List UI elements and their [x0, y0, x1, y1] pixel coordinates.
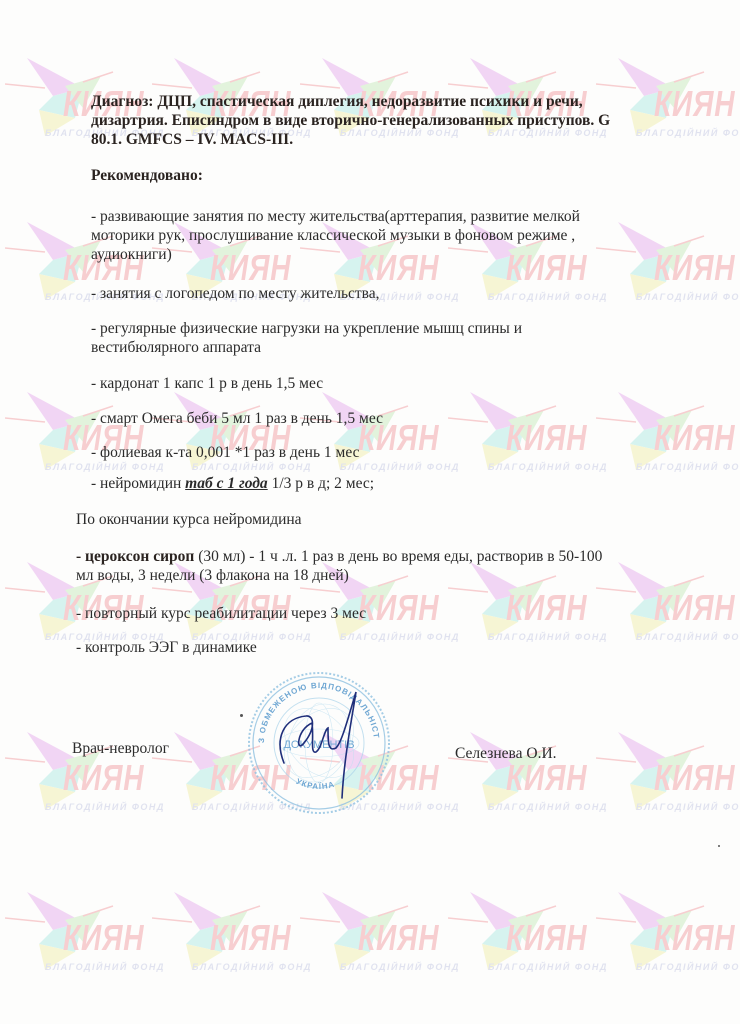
- diagnosis-line-2: дизартрия. Еписиндром в виде вторично-ге…: [91, 111, 610, 130]
- recommendation-item-cont: вестибюлярного аппарата: [91, 338, 261, 357]
- neuromidin-emphasis: таб с 1 года: [185, 475, 268, 492]
- neuromidin-suffix: 1/3 р в д; 2 мес;: [268, 475, 374, 492]
- document-page: Диагноз: ДЦП, спастическая диплегия, нед…: [0, 0, 740, 1024]
- recommendation-item-ceroxon: - цероксон сироп (30 мл) - 1 ч .л. 1 раз…: [76, 547, 602, 566]
- recommendation-item: - развивающие занятия по месту жительств…: [91, 207, 580, 226]
- ceroxon-dosage-cont: мл воды, 3 недели (3 флакона на 18 дней): [76, 566, 349, 585]
- after-course-note: По окончании курса нейромидина: [76, 510, 302, 529]
- ceroxon-name: - цероксон сироп: [76, 548, 194, 565]
- recommendation-item: - кардонат 1 капс 1 р в день 1,5 мес: [91, 374, 323, 393]
- recommendation-item: - смарт Омега беби 5 мл 1 раз в день 1,5…: [91, 409, 383, 428]
- recommended-heading: Рекомендовано:: [91, 166, 203, 185]
- doctor-name: Селезнева О.И.: [455, 744, 557, 763]
- neuromidin-prefix: - нейромидин: [91, 475, 185, 492]
- diagnosis-line-3: 80.1. GMFCS – IV. MACS-III.: [91, 130, 293, 149]
- recommendation-item-cont: моторики рук, прослушивание классической…: [91, 226, 575, 245]
- recommendation-item: - регулярные физические нагрузки на укре…: [91, 319, 522, 338]
- recommendation-item: - занятия с логопедом по месту жительств…: [91, 284, 380, 303]
- doctor-role: Врач-невролог: [72, 739, 169, 758]
- recommendation-item: - контроль ЭЭГ в динамике: [76, 638, 257, 657]
- recommendation-item-neuromidin: - нейромидин таб с 1 года 1/3 р в д; 2 м…: [91, 474, 374, 493]
- recommendation-item-cont: аудиокниги): [91, 245, 172, 264]
- scan-speck: [240, 714, 243, 717]
- recommendation-item: - фолиевая к-та 0,001 *1 раз в день 1 ме…: [91, 443, 359, 462]
- scan-speck: [718, 845, 720, 847]
- diagnosis-line-1: Диагноз: ДЦП, спастическая диплегия, нед…: [91, 92, 583, 111]
- ceroxon-dosage: (30 мл) - 1 ч .л. 1 раз в день во время …: [194, 548, 602, 565]
- recommendation-item: - повторный курс реабилитации через 3 ме…: [76, 604, 366, 623]
